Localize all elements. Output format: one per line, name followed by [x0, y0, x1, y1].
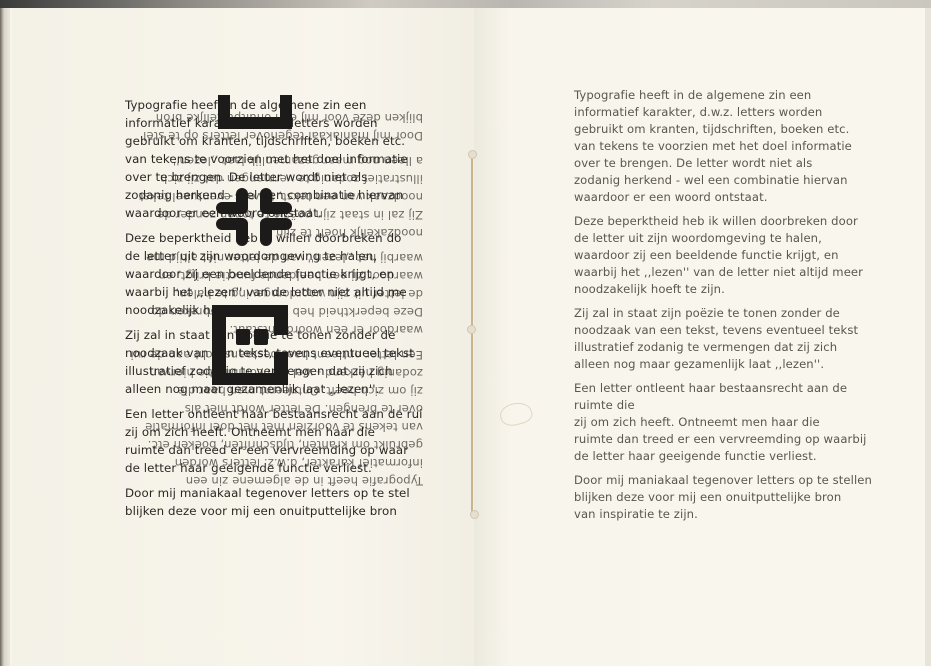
binding-knot-bottom [470, 510, 479, 519]
binding-knot-top [468, 150, 477, 159]
paragraph: Door mij maniakaal tegenover letters op … [125, 484, 425, 520]
paragraph: Zij zal in staat zijn poëzie te tonen zo… [574, 305, 874, 373]
paragraph: Deze beperktheid heb ik willen doorbreke… [574, 213, 874, 298]
right-page-text: Typografie heeft in de algemene zin een … [574, 87, 874, 530]
paragraph: Een letter ontleent haar bestaansrecht a… [125, 405, 425, 477]
paragraph: Een letter ontleent haar bestaansrecht a… [574, 380, 874, 465]
paragraph: Door mij maniakaal tegenover letters op … [574, 472, 874, 523]
binding-thread [471, 154, 473, 514]
right-page-edge [925, 8, 931, 666]
left-page-edge [0, 8, 10, 666]
paragraph: Typografie heeft in de algemene zin een … [574, 87, 874, 206]
binding-knot-middle [467, 325, 476, 334]
typographic-glyph-column [210, 90, 310, 390]
